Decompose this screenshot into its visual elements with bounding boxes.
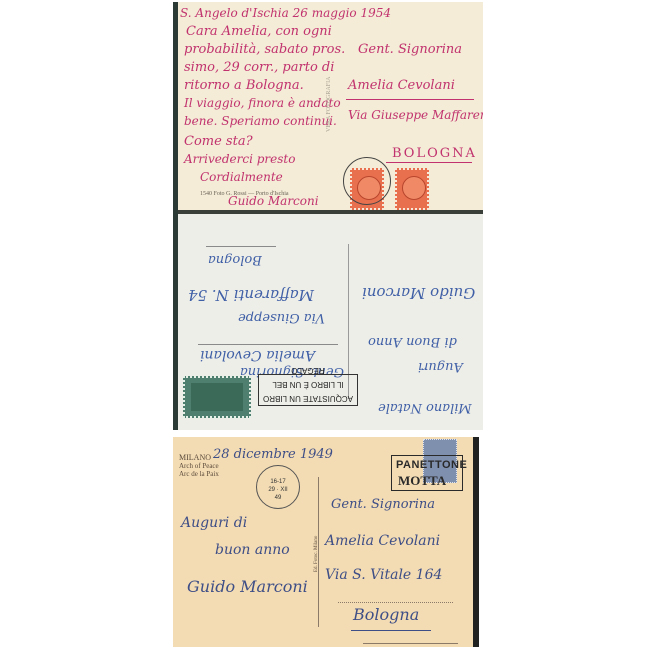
message-line: Milano Natale	[378, 400, 472, 415]
vertical-imprint: VERA FOTOGRAFIA	[326, 77, 332, 132]
postmark: 16-17 29 · XII 49	[256, 465, 300, 509]
message-line: Auguri di	[181, 515, 247, 531]
address-city: BOLOGNA	[392, 146, 477, 161]
address-underline	[351, 630, 431, 631]
date-line: 28 dicembre 1949	[213, 447, 333, 462]
printed-subtitle: Arch of Peace	[179, 462, 219, 470]
message-line: Cordialmente	[200, 170, 283, 184]
message-line: bene. Speriamo continui.	[184, 114, 337, 128]
slogan-line: ACQUISTATE UN LIBRO	[259, 391, 357, 405]
address-rule	[198, 344, 338, 345]
address-city: Bologna	[353, 605, 419, 624]
postage-stamp	[183, 376, 251, 418]
slogan-line: IL LIBRO È UN BEL REGALO	[259, 363, 357, 391]
message-line: probabilità, sabato pros.	[184, 42, 345, 57]
printed-subtitle: Arc de la Paix	[179, 470, 219, 478]
message-line: di Buon Anno	[368, 334, 457, 349]
address-rule	[206, 246, 276, 247]
message-line: buon anno	[215, 542, 290, 558]
printed-caption: 1540 Foto G. Rossi — Porto d'Ischia	[200, 191, 289, 197]
message-line: Cara Amelia, con ogni	[186, 24, 332, 39]
message-line: ritorno a Bologna.	[184, 78, 304, 93]
address-line: Amelia Cevolani	[325, 533, 440, 549]
address-rule	[363, 643, 458, 644]
address-line: Via S. Vitale 164	[325, 567, 442, 583]
postcard-ischia: S. Angelo d'Ischia 26 maggio 1954 Cara A…	[173, 2, 483, 214]
slogan-cancel: ACQUISTATE UN LIBRO IL LIBRO È UN BEL RE…	[258, 374, 358, 406]
date-line: S. Angelo d'Ischia 26 maggio 1954	[180, 6, 391, 20]
message-line: Auguri	[418, 359, 463, 374]
address-line: Gent. Signorina	[331, 497, 435, 512]
address-underline	[346, 99, 474, 100]
address-line: Via Giuseppe Maffarenti 54	[348, 108, 483, 122]
postcard-milano-natale: Bologna Maffarenti N. 54 Via Giuseppe Am…	[173, 214, 483, 430]
message-line: simo, 29 corr., parto di	[184, 60, 334, 75]
address-line: Amelia Cevolani	[348, 78, 455, 93]
address-line: Via Giuseppe	[238, 310, 325, 325]
printed-title: MILANO	[179, 453, 211, 462]
signature: Guido Marconi	[362, 284, 475, 302]
address-underline	[386, 162, 472, 163]
postmark-year: 49	[257, 494, 299, 502]
address-line: Maffarenti N. 54	[188, 286, 314, 304]
slogan-cancel: PANETTONE MOTTA	[391, 455, 463, 491]
postmark-date: 29 · XII	[257, 486, 299, 494]
stamp-image	[191, 383, 243, 411]
slogan-line: MOTTA	[398, 473, 446, 489]
address-line: Gent. Signorina	[358, 42, 462, 57]
message-line: Come sta?	[184, 134, 253, 149]
vertical-imprint: Ed. Fotoc. Milano	[314, 536, 319, 572]
address-rule	[338, 602, 453, 604]
message-line: Arrivederci presto	[184, 152, 295, 166]
address-city: Bologna	[208, 252, 262, 267]
postmark-time: 16-17	[257, 478, 299, 486]
coin-head-icon	[402, 176, 426, 200]
postage-stamp	[395, 168, 429, 210]
address-line: Amelia Cevolani	[200, 347, 315, 363]
postcard-milano-arch: MILANO Arch of Peace Arc de la Paix 28 d…	[173, 437, 479, 647]
postmark	[343, 157, 391, 205]
slogan-line: PANETTONE	[396, 459, 467, 471]
message-line: Il viaggio, finora è andato	[184, 96, 341, 110]
signature: Guido Marconi	[187, 577, 308, 596]
